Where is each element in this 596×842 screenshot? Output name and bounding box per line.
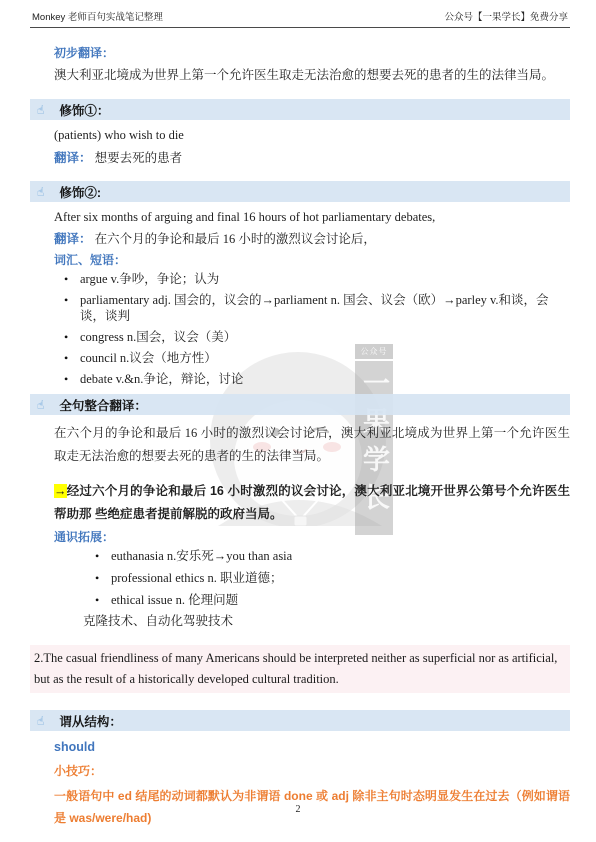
section-bar-title: 修饰①： xyxy=(59,101,109,119)
translation-label: 翻译： xyxy=(54,151,92,165)
modifier-2-translation: 翻译： 在六个月的争论和最后 16 小时的激烈议会讨论后， xyxy=(54,232,570,247)
page-header: Monkey 老师百句实战笔记整理 公众号【一果学长】免费分享 xyxy=(30,0,570,28)
vocab-item: argue v.争吵，争论；认为 xyxy=(54,271,570,287)
modifier-1-translation: 翻译： 想要去死的患者 xyxy=(54,151,570,166)
page-content: Monkey 老师百句实战笔记整理 公众号【一果学长】免费分享 初步翻译： 澳大… xyxy=(0,0,596,829)
vocab-item: parliamentary adj. 国会的，议会的→parliament n.… xyxy=(54,292,570,324)
expand-extra-line: 克隆技术、自动化驾驶技术 xyxy=(83,614,570,629)
page-number: 2 xyxy=(0,804,596,815)
sentence-2-block: 2.The casual friendliness of many Americ… xyxy=(30,645,570,693)
vocab-item: council n.议会（地方性） xyxy=(54,350,570,366)
vocab-label: 词汇、短语： xyxy=(54,251,570,268)
modifier-2-english: After six months of arguing and final 16… xyxy=(54,210,570,225)
knowledge-expand-label: 通识拓展： xyxy=(54,528,570,545)
knowledge-expand-list: euthanasia n.安乐死→you than asia professio… xyxy=(85,548,570,608)
vocab-item: debate v.&n.争论，辩论，讨论 xyxy=(54,371,570,387)
section-bar-modifier-2: ☝ 修饰②: xyxy=(30,181,570,202)
predicate-keyword: should xyxy=(54,740,570,755)
preliminary-translation-text: 澳大利亚北境成为世界上第一个允许医生取走无法治愈的想要去死的患者的生的法律当局。 xyxy=(54,68,570,83)
translation-label: 翻译： xyxy=(54,232,92,246)
modifier-1-english: (patients) who wish to die xyxy=(54,128,570,143)
expand-item: professional ethics n. 职业道德； xyxy=(85,570,570,586)
section-label-preliminary-translation: 初步翻译： xyxy=(54,44,570,61)
section-bar-full-translation: ☝ 全句整合翻译： xyxy=(30,394,570,415)
section-bar-predicate-structure: ☝ 谓从结构： xyxy=(30,710,570,731)
hand-pointer-icon: ☝ xyxy=(37,715,44,727)
tip-label: 小技巧： xyxy=(54,762,570,779)
section-bar-title: 修饰②: xyxy=(59,183,101,201)
document-page: 公众号 一果学长 Monkey 老师百句实战笔记整理 公众号【一果学长】免费分享… xyxy=(0,0,596,842)
vocab-list: argue v.争吵，争论；认为 parliamentary adj. 国会的，… xyxy=(54,271,570,387)
hand-pointer-icon: ☝ xyxy=(37,104,44,116)
highlighted-arrow: → xyxy=(54,484,67,498)
vocab-item: congress n.国会，议会（美） xyxy=(54,329,570,345)
hand-pointer-icon: ☝ xyxy=(37,399,44,411)
section-bar-title: 全句整合翻译： xyxy=(59,396,147,414)
section-bar-modifier-1: ☝ 修饰①： xyxy=(30,99,570,120)
expand-item: euthanasia n.安乐死→you than asia xyxy=(85,548,570,564)
full-translation-text: 在六个月的争论和最后 16 小时的激烈议会讨论后，澳大利亚北境成为世界上第一个允… xyxy=(54,422,570,467)
hand-pointer-icon: ☝ xyxy=(37,186,44,198)
section-bar-title: 谓从结构： xyxy=(59,712,122,730)
header-left-text: Monkey 老师百句实战笔记整理 xyxy=(32,9,163,23)
expand-item: ethical issue n. 伦理问题 xyxy=(85,592,570,608)
polished-translation-text: →经过六个月的争论和最后 16 小时激烈的议会讨论，澳大利亚北境开世界公第号个允… xyxy=(54,480,570,525)
header-right-text: 公众号【一果学长】免费分享 xyxy=(444,9,568,23)
polished-translation-body: 经过六个月的争论和最后 16 小时激烈的议会讨论，澳大利亚北境开世界公第号个允许… xyxy=(54,484,570,521)
translation-text: 在六个月的争论和最后 16 小时的激烈议会讨论后， xyxy=(95,232,376,246)
translation-text: 想要去死的患者 xyxy=(95,151,183,165)
